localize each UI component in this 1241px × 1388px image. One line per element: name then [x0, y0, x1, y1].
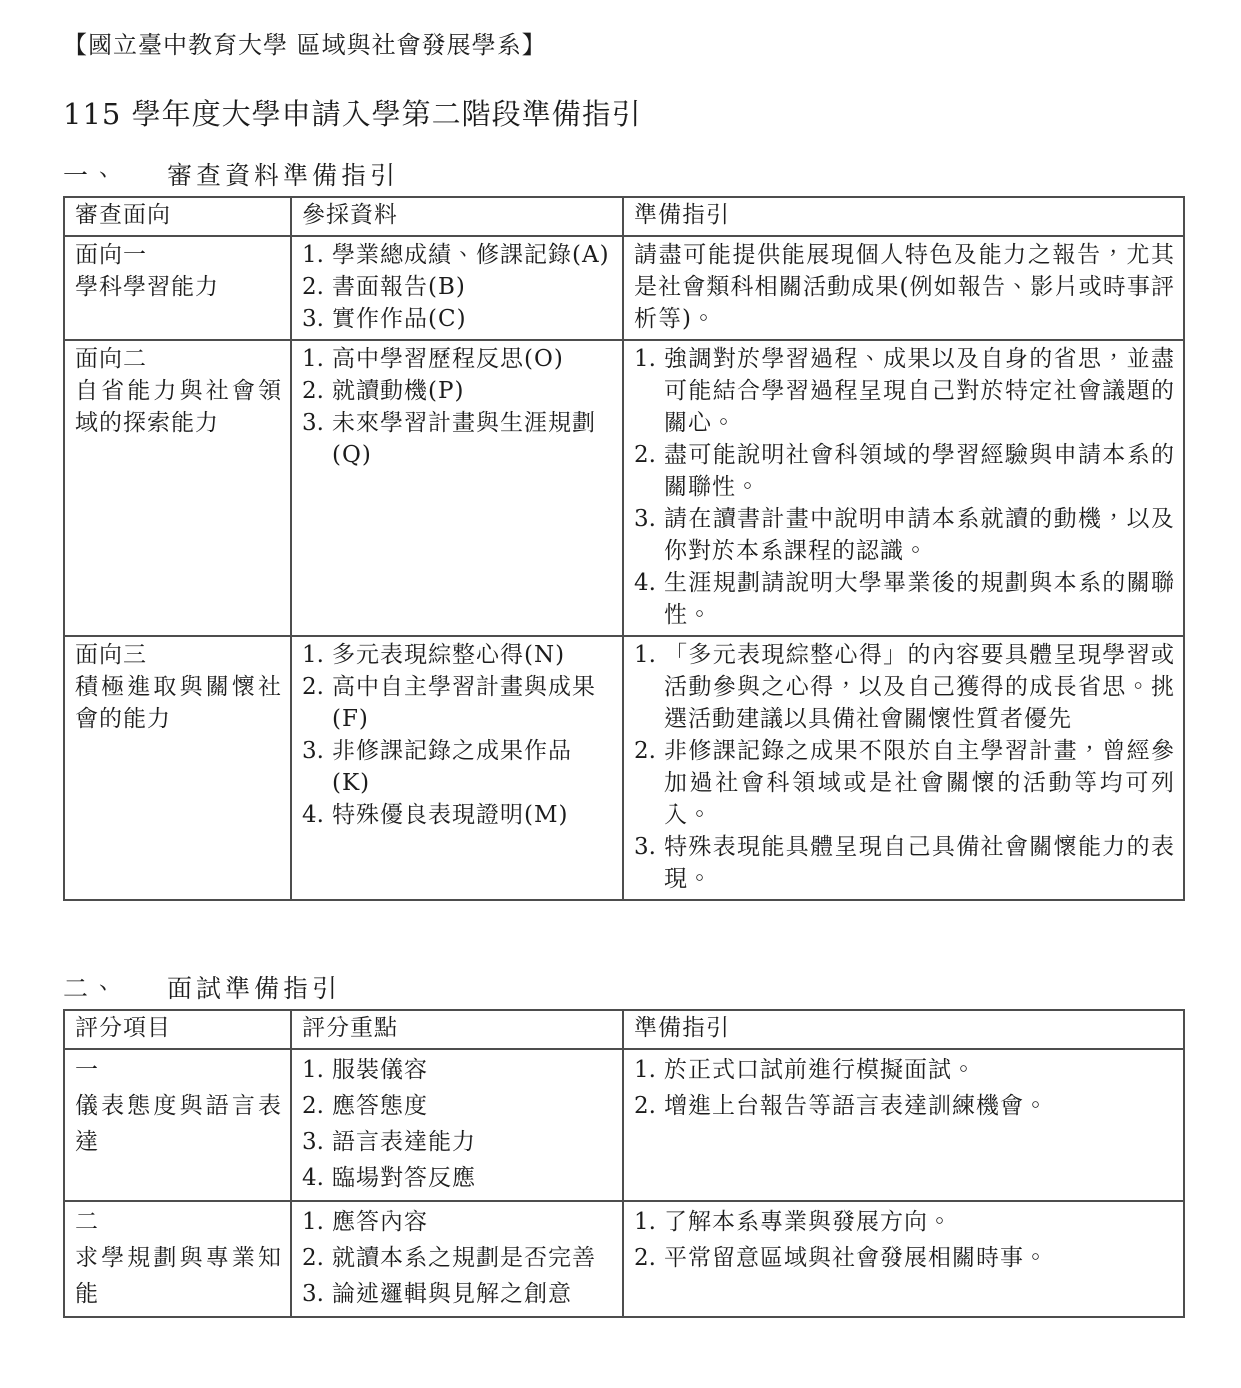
item-text: 未來學習計畫與生涯規劃 (Q) — [332, 410, 596, 468]
item1-points-cell: 1.服裝儀容2.應答態度3.語言表達能力4.臨場對答反應 — [291, 1049, 623, 1201]
numbered-item: 3.未來學習計畫與生涯規劃 (Q) — [302, 407, 614, 471]
item-number: 1. — [634, 1052, 656, 1088]
numbered-item: 2.就讀本系之規劃是否完善 — [302, 1240, 614, 1276]
item-text: 臨場對答反應 — [332, 1165, 476, 1191]
table-row-aspect3: 面向三積極進取與關懷社會的能力 1.多元表現綜整心得(N)2.高中自主學習計畫與… — [64, 636, 1184, 900]
table-row-item1: 一儀表態度與語言表達 1.服裝儀容2.應答態度3.語言表達能力4.臨場對答反應 … — [64, 1049, 1184, 1201]
text-line: 學科學習能力 — [75, 271, 282, 303]
item-text: 高中學習歷程反思(O) — [332, 346, 564, 372]
document-title: 115 學年度大學申請入學第二階段準備指引 — [63, 96, 1183, 132]
item-number: 2. — [634, 1088, 656, 1124]
item-text: 就讀本系之規劃是否完善 — [332, 1245, 596, 1271]
section1-heading: 一、審查資料準備指引 — [63, 160, 1183, 191]
item-number: 2. — [302, 671, 324, 703]
review-materials-table: 審查面向 參採資料 準備指引 面向一學科學習能力 1.學業總成績、修課記錄(A)… — [63, 196, 1185, 901]
item2-guidance-cell: 1.了解本系專業與發展方向。2.平常留意區域與社會發展相關時事。 — [623, 1201, 1184, 1317]
numbered-item: 3.非修課記錄之成果作品 (K) — [302, 735, 614, 799]
item-text: 強調對於學習過程、成果以及自身的省思，並盡可能結合學習過程呈現自己對於特定社會議… — [664, 346, 1175, 436]
item-text: 應答內容 — [332, 1209, 428, 1235]
text-line: 二 — [75, 1204, 282, 1240]
text-line: 面向三 — [75, 639, 282, 671]
item-text: 實作作品(C) — [332, 306, 467, 332]
item-number: 4. — [302, 799, 324, 831]
item-text: 平常留意區域與社會發展相關時事。 — [664, 1245, 1048, 1271]
numbered-item: 1.高中學習歷程反思(O) — [302, 343, 614, 375]
item-number: 3. — [302, 303, 324, 335]
numbered-item: 4.特殊優良表現證明(M) — [302, 799, 614, 831]
item-text: 應答態度 — [332, 1093, 428, 1119]
item-number: 3. — [302, 735, 324, 767]
header-scoring-focus: 評分重點 — [291, 1010, 623, 1049]
header-preparation-guide: 準備指引 — [623, 197, 1184, 236]
numbered-item: 1.應答內容 — [302, 1204, 614, 1240]
item-number: 1. — [634, 1204, 656, 1240]
text-line: 面向二 — [75, 343, 282, 375]
item-number: 2. — [634, 439, 656, 471]
item-number: 2. — [302, 375, 324, 407]
item-text: 於正式口試前進行模擬面試。 — [664, 1057, 976, 1083]
numbered-item: 2.應答態度 — [302, 1088, 614, 1124]
item-number: 4. — [302, 1160, 324, 1196]
table-header-row: 評分項目 評分重點 準備指引 — [64, 1010, 1184, 1049]
numbered-item: 1.了解本系專業與發展方向。 — [634, 1204, 1175, 1240]
item-text: 請在讀書計畫中說明申請本系就讀的動機，以及你對於本系課程的認識。 — [664, 506, 1175, 564]
item-number: 1. — [634, 343, 656, 375]
item-text: 書面報告(B) — [332, 274, 466, 300]
numbered-item: 3.請在讀書計畫中說明申請本系就讀的動機，以及你對於本系課程的認識。 — [634, 503, 1175, 567]
header-reference-materials: 參採資料 — [291, 197, 623, 236]
text-line: 一 — [75, 1052, 282, 1088]
department-title: 【國立臺中教育大學 區域與社會發展學系】 — [63, 30, 1183, 60]
aspect1-materials-cell: 1.學業總成績、修課記錄(A)2.書面報告(B)3.實作作品(C) — [291, 236, 623, 340]
item1-name-cell: 一儀表態度與語言表達 — [64, 1049, 291, 1201]
text-line: 面向一 — [75, 239, 282, 271]
item-number: 3. — [302, 1124, 324, 1160]
item-number: 3. — [634, 503, 656, 535]
document-page: 【國立臺中教育大學 區域與社會發展學系】 115 學年度大學申請入學第二階段準備… — [0, 0, 1241, 1318]
item-number: 2. — [302, 1240, 324, 1276]
item-text: 生涯規劃請說明大學畢業後的規劃與本系的關聯性。 — [664, 570, 1175, 628]
item-number: 2. — [634, 735, 656, 767]
interview-guidelines-table: 評分項目 評分重點 準備指引 一儀表態度與語言表達 1.服裝儀容2.應答態度3.… — [63, 1009, 1185, 1318]
item-text: 增進上台報告等語言表達訓練機會。 — [664, 1093, 1048, 1119]
text-line: 積極進取與關懷社會的能力 — [75, 671, 282, 735]
numbered-item: 2.書面報告(B) — [302, 271, 614, 303]
numbered-item: 1.學業總成績、修課記錄(A) — [302, 239, 614, 271]
text-line: 求學規劃與專業知能 — [75, 1240, 282, 1312]
item-text: 特殊優良表現證明(M) — [332, 802, 569, 828]
table-row-item2: 二求學規劃與專業知能 1.應答內容2.就讀本系之規劃是否完善3.論述邏輯與見解之… — [64, 1201, 1184, 1317]
header-preparation-guide: 準備指引 — [623, 1010, 1184, 1049]
aspect1-guidance-cell: 請盡可能提供能展現個人特色及能力之報告，尤其是社會類科相關活動成果(例如報告、影… — [623, 236, 1184, 340]
numbered-item: 4.生涯規劃請說明大學畢業後的規劃與本系的關聯性。 — [634, 567, 1175, 631]
item-text: 語言表達能力 — [332, 1129, 476, 1155]
numbered-item: 1.於正式口試前進行模擬面試。 — [634, 1052, 1175, 1088]
item-text: 高中自主學習計畫與成果 (F) — [332, 674, 596, 732]
item-text: 就讀動機(P) — [332, 378, 464, 404]
item-number: 1. — [302, 1204, 324, 1240]
item-number: 2. — [302, 271, 324, 303]
section2-number: 二、 — [63, 973, 119, 1004]
item-number: 3. — [634, 831, 656, 863]
numbered-item: 2.盡可能說明社會科領域的學習經驗與申請本系的關聯性。 — [634, 439, 1175, 503]
item-number: 1. — [302, 1052, 324, 1088]
aspect3-materials-cell: 1.多元表現綜整心得(N)2.高中自主學習計畫與成果 (F)3.非修課記錄之成果… — [291, 636, 623, 900]
numbered-item: 1.多元表現綜整心得(N) — [302, 639, 614, 671]
aspect2-name-cell: 面向二自省能力與社會領域的探索能力 — [64, 340, 291, 636]
section2-title: 面試準備指引 — [167, 974, 341, 1003]
item1-guidance-cell: 1.於正式口試前進行模擬面試。2.增進上台報告等語言表達訓練機會。 — [623, 1049, 1184, 1201]
item-number: 2. — [302, 1088, 324, 1124]
numbered-item: 2.增進上台報告等語言表達訓練機會。 — [634, 1088, 1175, 1124]
item-number: 4. — [634, 567, 656, 599]
section1-title: 審查資料準備指引 — [167, 161, 399, 190]
item-text: 學業總成績、修課記錄(A) — [332, 242, 610, 268]
item-number: 3. — [302, 407, 324, 439]
table-header-row: 審查面向 參採資料 準備指引 — [64, 197, 1184, 236]
item-text: 非修課記錄之成果不限於自主學習計畫，曾經參加過社會科領域或是社會關懷的活動等均可… — [664, 738, 1175, 828]
numbered-item: 1.服裝儀容 — [302, 1052, 614, 1088]
numbered-item: 1.「多元表現綜整心得」的內容要具體呈現學習或活動參與之心得，以及自己獲得的成長… — [634, 639, 1175, 735]
numbered-item: 2.平常留意區域與社會發展相關時事。 — [634, 1240, 1175, 1276]
item-text: 多元表現綜整心得(N) — [332, 642, 565, 668]
aspect1-name-cell: 面向一學科學習能力 — [64, 236, 291, 340]
numbered-item: 4.臨場對答反應 — [302, 1160, 614, 1196]
aspect1-guidance-paragraph: 請盡可能提供能展現個人特色及能力之報告，尤其是社會類科相關活動成果(例如報告、影… — [634, 239, 1175, 335]
numbered-item: 1.強調對於學習過程、成果以及自身的省思，並盡可能結合學習過程呈現自己對於特定社… — [634, 343, 1175, 439]
item-number: 1. — [302, 239, 324, 271]
numbered-item: 3.論述邏輯與見解之創意 — [302, 1276, 614, 1312]
numbered-item: 3.實作作品(C) — [302, 303, 614, 335]
numbered-item: 3.特殊表現能具體呈現自己具備社會關懷能力的表現。 — [634, 831, 1175, 895]
item-number: 1. — [302, 343, 324, 375]
item-text: 「多元表現綜整心得」的內容要具體呈現學習或活動參與之心得，以及自己獲得的成長省思… — [664, 642, 1175, 732]
section1-number: 一、 — [63, 160, 119, 191]
item-text: 非修課記錄之成果作品 (K) — [332, 738, 572, 796]
item-text: 了解本系專業與發展方向。 — [664, 1209, 952, 1235]
item-number: 2. — [634, 1240, 656, 1276]
header-review-aspect: 審查面向 — [64, 197, 291, 236]
numbered-item: 2.非修課記錄之成果不限於自主學習計畫，曾經參加過社會科領域或是社會關懷的活動等… — [634, 735, 1175, 831]
text-line: 儀表態度與語言表達 — [75, 1088, 282, 1160]
text-line: 自省能力與社會領域的探索能力 — [75, 375, 282, 439]
table-row-aspect2: 面向二自省能力與社會領域的探索能力 1.高中學習歷程反思(O)2.就讀動機(P)… — [64, 340, 1184, 636]
item2-name-cell: 二求學規劃與專業知能 — [64, 1201, 291, 1317]
item-text: 服裝儀容 — [332, 1057, 428, 1083]
item2-points-cell: 1.應答內容2.就讀本系之規劃是否完善3.論述邏輯與見解之創意 — [291, 1201, 623, 1317]
numbered-item: 2.就讀動機(P) — [302, 375, 614, 407]
item-number: 1. — [302, 639, 324, 671]
item-text: 特殊表現能具體呈現自己具備社會關懷能力的表現。 — [664, 834, 1175, 892]
header-scoring-item: 評分項目 — [64, 1010, 291, 1049]
section2-heading: 二、面試準備指引 — [63, 973, 1183, 1004]
aspect3-guidance-cell: 1.「多元表現綜整心得」的內容要具體呈現學習或活動參與之心得，以及自己獲得的成長… — [623, 636, 1184, 900]
item-number: 3. — [302, 1276, 324, 1312]
item-number: 1. — [634, 639, 656, 671]
aspect2-guidance-cell: 1.強調對於學習過程、成果以及自身的省思，並盡可能結合學習過程呈現自己對於特定社… — [623, 340, 1184, 636]
aspect2-materials-cell: 1.高中學習歷程反思(O)2.就讀動機(P)3.未來學習計畫與生涯規劃 (Q) — [291, 340, 623, 636]
item-text: 盡可能說明社會科領域的學習經驗與申請本系的關聯性。 — [664, 442, 1175, 500]
numbered-item: 3.語言表達能力 — [302, 1124, 614, 1160]
numbered-item: 2.高中自主學習計畫與成果 (F) — [302, 671, 614, 735]
item-text: 論述邏輯與見解之創意 — [332, 1281, 572, 1307]
table-row-aspect1: 面向一學科學習能力 1.學業總成績、修課記錄(A)2.書面報告(B)3.實作作品… — [64, 236, 1184, 340]
aspect3-name-cell: 面向三積極進取與關懷社會的能力 — [64, 636, 291, 900]
